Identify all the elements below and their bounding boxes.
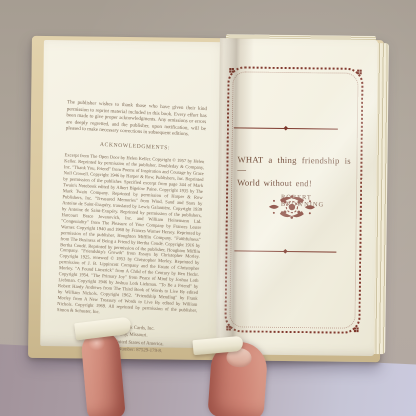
- acknowledgments-text-block: The publisher wishes to thank those who …: [55, 100, 207, 356]
- left-page: The publisher wishes to thank those who …: [40, 40, 238, 348]
- quote-line-2: World without end!: [237, 177, 355, 188]
- right-page: ❖ ❖ ❖ ❖ ◆ WHAT a thing friendship is — W…: [216, 38, 378, 356]
- diamond-icon: ◆: [283, 248, 288, 254]
- corner-ornament-icon: ❖: [348, 322, 362, 336]
- open-book: The publisher wishes to thank those who …: [22, 30, 392, 368]
- acknowledgments-heading: ACKNOWLEDGMENTS:: [65, 140, 205, 153]
- corner-ornament-icon: ❖: [351, 66, 365, 80]
- corner-ornament-icon: ❖: [222, 320, 236, 334]
- publisher-note-paragraph: The publisher wishes to thank those who …: [66, 100, 207, 140]
- book-photo: The publisher wishes to thank those who …: [0, 0, 416, 416]
- floral-ornament-icon: [266, 194, 318, 221]
- quote-line-1: WHAT a thing friendship is —: [237, 154, 355, 175]
- credits-paragraph: Excerpt from The Open Door by Helen Kell…: [57, 152, 205, 320]
- corner-ornament-icon: ❖: [225, 64, 239, 78]
- diamond-icon: ◆: [284, 125, 289, 131]
